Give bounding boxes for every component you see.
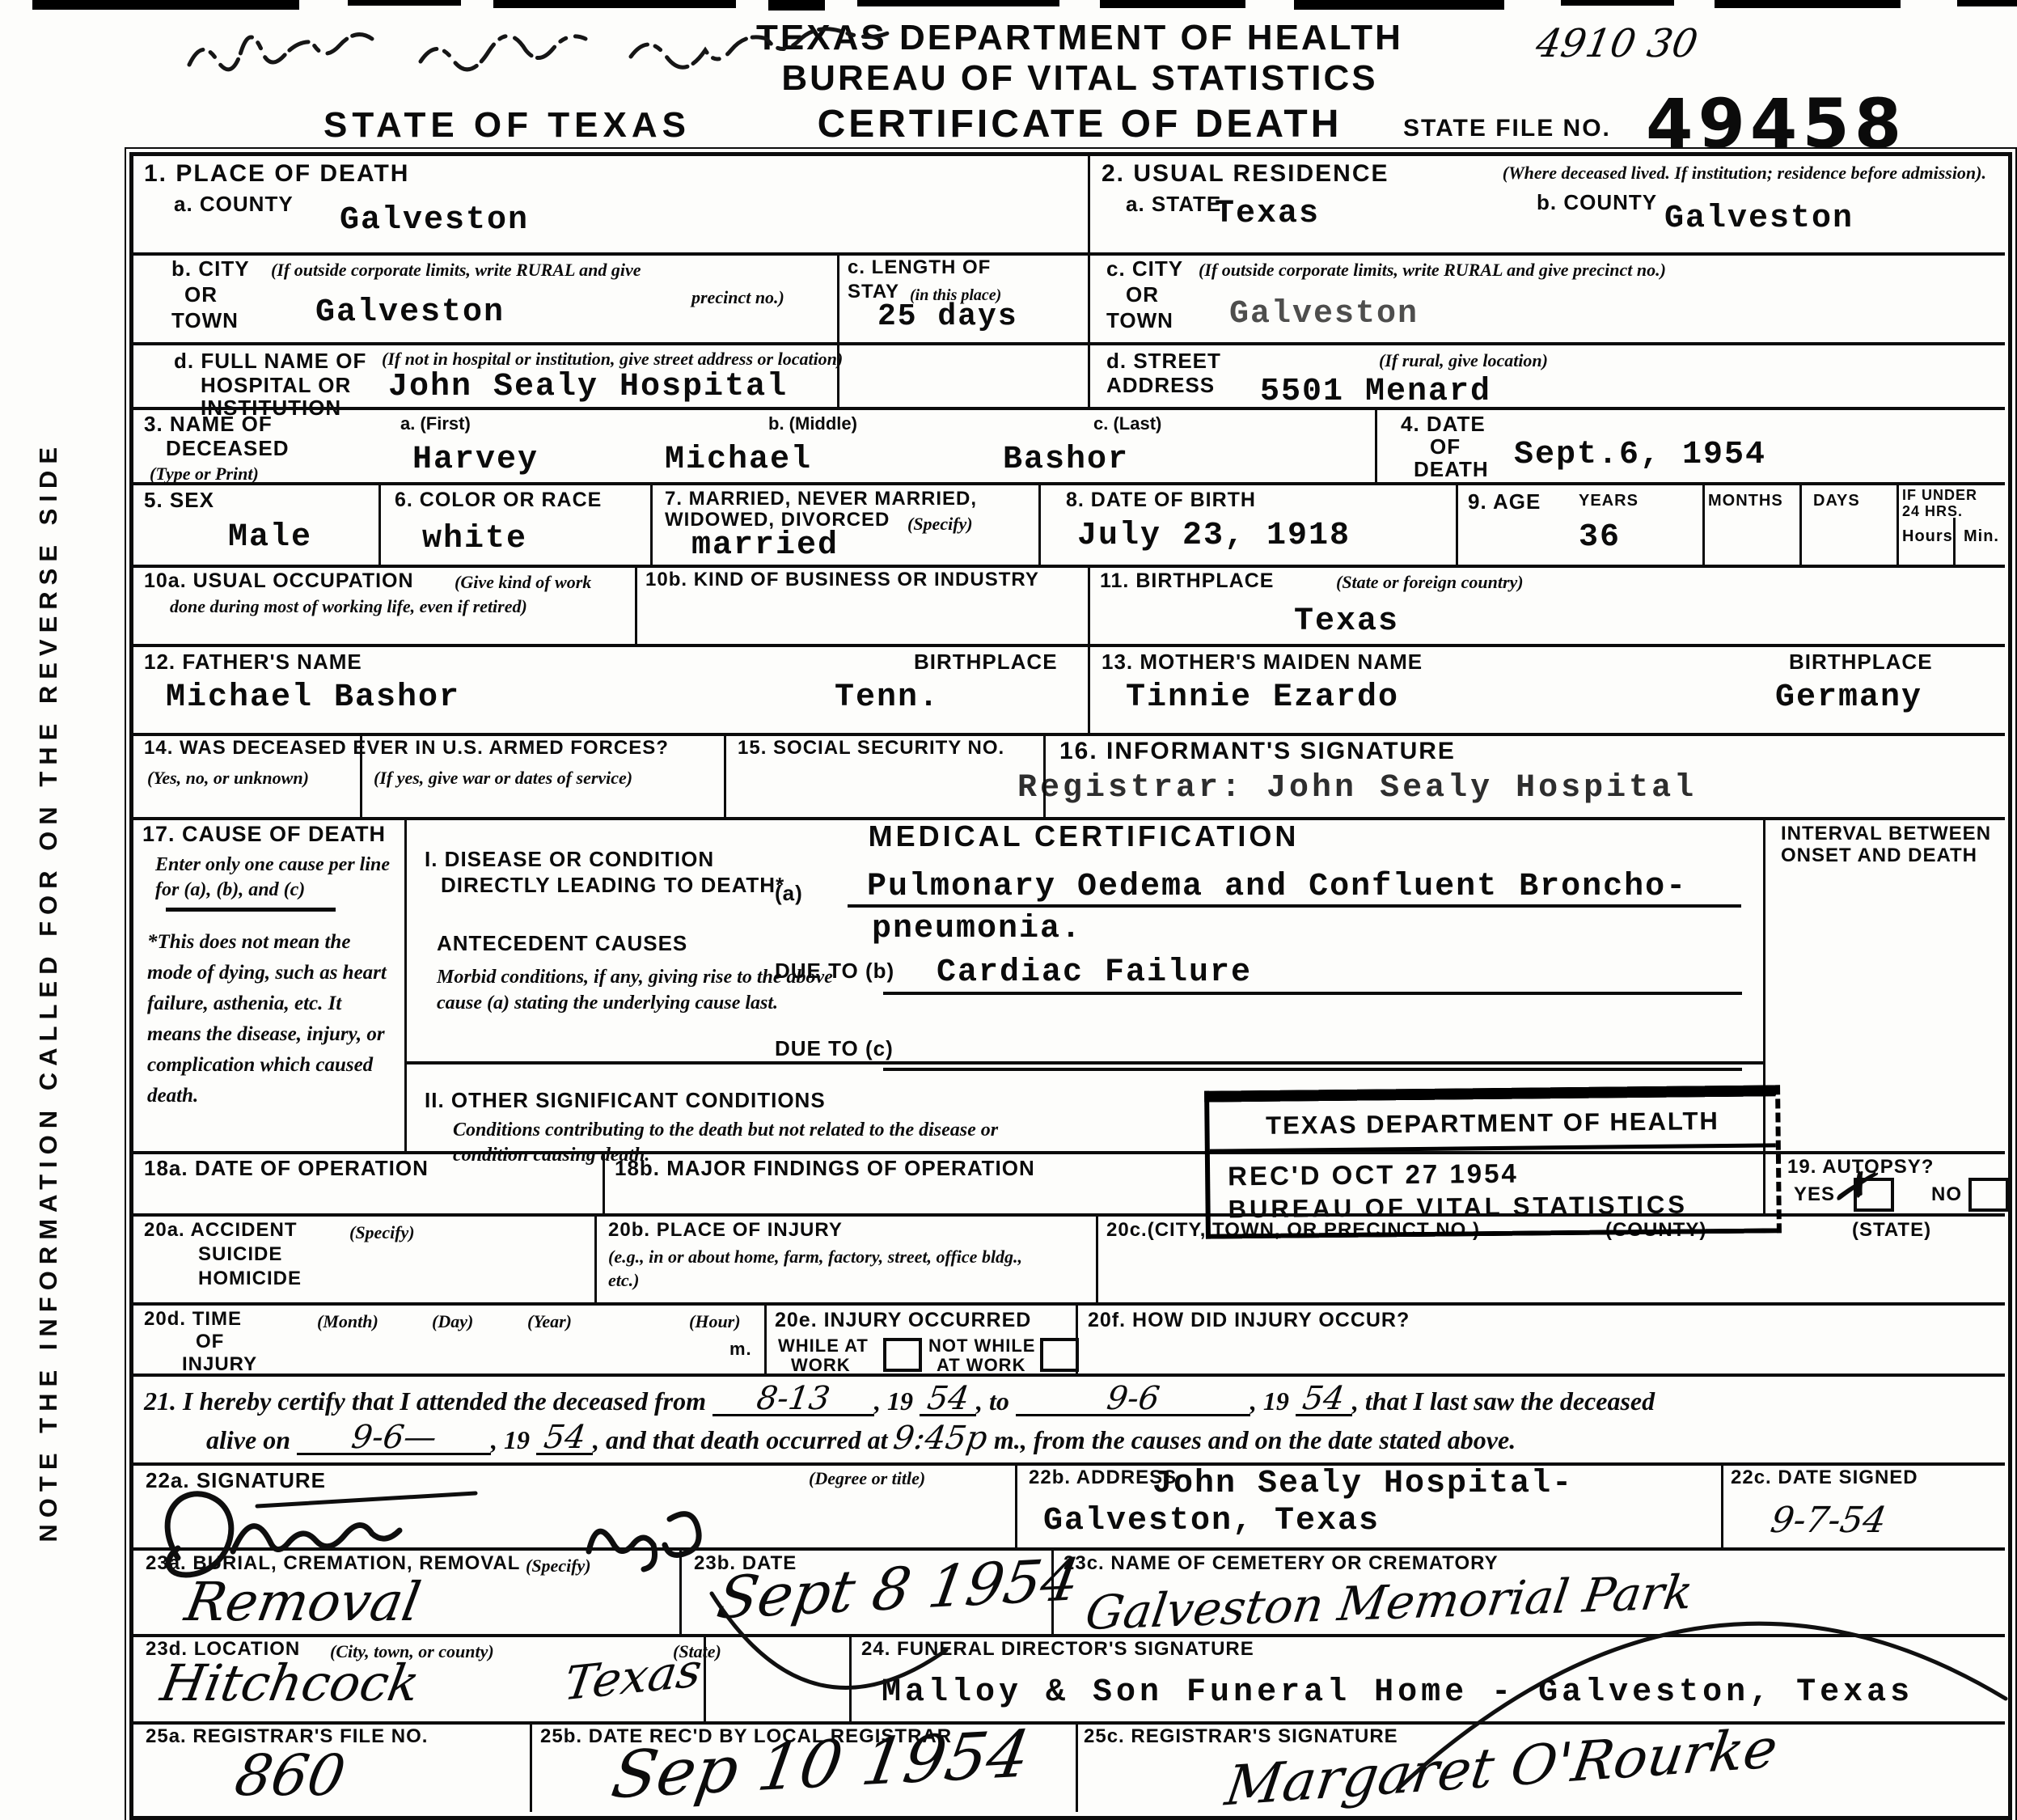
field-3-last-label: c. (Last)	[1093, 413, 1161, 436]
field-17b-value: Cardiac Failure	[937, 956, 1252, 990]
grid-line	[1088, 644, 1090, 733]
field-22c-label: 22c. DATE SIGNED	[1731, 1467, 1918, 1489]
field-2b-county-label: b. COUNTY	[1537, 191, 1657, 214]
grid-line	[1375, 407, 1377, 482]
grid-line	[132, 1462, 2005, 1466]
field-1c-stay-value: 25 days	[877, 301, 1018, 333]
state-file-no-value: 49458	[1646, 84, 1906, 163]
certify-fromyear-slot: 54	[920, 1385, 976, 1416]
field-20a-label3: HOMICIDE	[198, 1268, 302, 1290]
grid-line	[650, 482, 653, 565]
grid-line	[132, 1373, 2005, 1377]
field-9-months-label: MONTHS	[1708, 492, 1783, 510]
grid-line	[1015, 1462, 1017, 1547]
grid-line	[1896, 482, 1899, 565]
grid-line	[1702, 482, 1705, 565]
handwritten-file-code: 4910 30	[1533, 24, 1701, 63]
field-2d-street-note: (If rural, give location)	[1379, 349, 1548, 373]
field-10a-note1: (Give kind of work	[455, 571, 591, 595]
grid-line	[1799, 482, 1802, 565]
interval-onset-death-label: INTERVAL BETWEEN ONSET AND DEATH	[1781, 823, 1993, 867]
field-22c-value: 9-7-54	[1768, 1503, 1888, 1539]
grid-line	[132, 644, 2005, 647]
blank-line-b	[883, 992, 1742, 995]
injury-not-while-at-work-checkbox[interactable]	[1040, 1338, 1079, 1372]
grid-line	[530, 1721, 532, 1812]
autopsy-no-checkbox[interactable]	[1968, 1178, 2009, 1212]
field-23d-value: Hitchcock	[158, 1658, 424, 1708]
field-13-label: 13. MOTHER'S MAIDEN NAME	[1102, 650, 1423, 674]
grid-line	[166, 908, 336, 912]
field-20b-label: 20b. PLACE OF INJURY	[608, 1220, 843, 1242]
field-20a-label2: SUICIDE	[198, 1244, 282, 1266]
field-20d-month-label: (Month)	[317, 1310, 378, 1334]
grid-line	[132, 565, 2005, 568]
field-17a-value-line2: pneumonia.	[872, 912, 1082, 946]
field-3-title2: DECEASED	[166, 437, 289, 460]
field-23a-value: Removal	[181, 1576, 424, 1629]
field-6-label: 6. COLOR OR RACE	[395, 489, 602, 511]
field-4-label1: 4. DATE	[1401, 413, 1486, 436]
field-14-label: 14. WAS DECEASED EVER IN U.S. ARMED FORC…	[144, 738, 669, 760]
field-9-years-label: YEARS	[1579, 492, 1639, 510]
grid-line	[1096, 1213, 1098, 1302]
injury-while-at-work-checkbox[interactable]	[883, 1338, 922, 1372]
field-17-disease-label2: DIRECTLY LEADING TO DEATH*	[441, 874, 784, 897]
certify-tail2: , and that death occurred at	[593, 1425, 887, 1454]
field-2c-or-label: OR	[1126, 283, 1159, 307]
scan-artifact	[1957, 0, 2017, 6]
field-17-disease-label1: I. DISEASE OR CONDITION	[425, 848, 714, 871]
grid-line	[1076, 1721, 1078, 1812]
blank-line-c	[883, 1068, 1742, 1071]
grid-line	[132, 252, 2005, 256]
certify-n19b: , 19	[1250, 1386, 1289, 1416]
grid-line	[378, 482, 381, 565]
field-2a-state-label: a. STATE	[1126, 193, 1221, 216]
field-1d-hospital-label2: HOSPITAL OR	[201, 374, 351, 397]
field-7-label1: 7. MARRIED, NEVER MARRIED,	[665, 489, 977, 510]
field-20a-label1: 20a. ACCIDENT	[144, 1220, 297, 1242]
field-17-other-label: II. OTHER SIGNIFICANT CONDITIONS	[425, 1089, 826, 1112]
grid-line	[724, 733, 726, 817]
certify-tail3: m., from the causes and on the date stat…	[994, 1425, 1516, 1454]
certify-n19c: , 19	[491, 1425, 530, 1454]
certify-toyear-slot: 54	[1296, 1385, 1352, 1416]
document-title: CERTIFICATE OF DEATH	[760, 102, 1399, 146]
field-13-birthplace-label: BIRTHPLACE	[1789, 650, 1933, 674]
field-20d-label3: INJURY	[182, 1354, 257, 1376]
field-19-no-label: NO	[1931, 1184, 1962, 1206]
field-23a-note: (Specify)	[526, 1555, 591, 1578]
field-2-title-note: (Where deceased lived. If institution; r…	[1461, 162, 1986, 185]
grid-line	[849, 1634, 852, 1721]
field-8-label: 8. DATE OF BIRTH	[1066, 489, 1256, 511]
field-22a-label: 22a. SIGNATURE	[146, 1469, 326, 1492]
field-9-days-label: DAYS	[1813, 492, 1860, 510]
field-5-value: Male	[228, 521, 312, 555]
certify-tail1: , that I last saw the deceased	[1352, 1386, 1655, 1416]
certify-from-year: 54	[925, 1385, 970, 1412]
stamp-line1: TEXAS DEPARTMENT OF HEALTH	[1209, 1096, 1776, 1153]
field-17-note1: Enter only one cause per line for (a), (…	[155, 853, 398, 903]
agency-name-line1: TEXAS DEPARTMENT OF HEALTH	[732, 18, 1427, 58]
field-2c-city-value: Galveston	[1229, 298, 1419, 332]
grid-line	[837, 252, 839, 407]
scan-artifact	[768, 0, 825, 11]
certify-from-value: 8-13	[755, 1385, 832, 1412]
field-22b-value-line1: John Sealy Hospital-	[1152, 1467, 1573, 1501]
field-2d-street-value: 5501 Menard	[1260, 375, 1491, 409]
grid-line	[132, 733, 2005, 736]
field-20d-year-label: (Year)	[527, 1310, 572, 1334]
scan-artifact	[1561, 0, 1674, 6]
field-9-min-label: Min.	[1964, 527, 1999, 545]
certify-from-slot: 8-13	[713, 1385, 874, 1416]
stamp-line2: REC'D OCT 27 1954	[1210, 1147, 1776, 1193]
field-13-value: Tinnie Ezardo	[1126, 681, 1399, 715]
field-14-note1: (Yes, no, or unknown)	[147, 767, 309, 790]
field-1c-stay-label1: c. LENGTH OF	[848, 257, 991, 279]
state-file-no-label: STATE FILE NO.	[1403, 115, 1611, 142]
field-20d-day-label: (Day)	[432, 1310, 473, 1334]
field-11-label: 11. BIRTHPLACE	[1100, 569, 1274, 592]
field-2c-city-note: (If outside corporate limits, write RURA…	[1199, 259, 1666, 282]
field-1b-city-note: (If outside corporate limits, write RURA…	[271, 259, 641, 282]
field-1b-town-label: TOWN	[171, 309, 239, 332]
field-2c-city-label: c. CITY	[1106, 257, 1183, 281]
grid-line	[132, 342, 2005, 345]
field-1d-hospital-value: John Sealy Hospital	[388, 370, 788, 404]
field-24-label: 24. FUNERAL DIRECTOR'S SIGNATURE	[861, 1639, 1254, 1661]
certify-statement-line1: 21. I hereby certify that I attended the…	[144, 1385, 1655, 1416]
field-12-birthplace-label: BIRTHPLACE	[914, 650, 1058, 674]
field-1d-hospital-note: (If not in hospital or institution, give…	[382, 348, 843, 371]
field-20e-not2-label: AT WORK	[937, 1356, 1025, 1376]
grid-line	[1953, 518, 1956, 565]
field-10b-label: 10b. KIND OF BUSINESS OR INDUSTRY	[645, 569, 1039, 591]
field-20e-while2-label: WORK	[791, 1356, 851, 1376]
grid-line	[132, 1634, 2005, 1637]
field-20a-note: (Specify)	[349, 1221, 415, 1245]
grid-line	[132, 407, 2005, 410]
field-1b-city-note2: precinct no.)	[691, 286, 784, 310]
field-9-years-value: 36	[1579, 521, 1621, 555]
grid-line	[1088, 565, 1090, 644]
field-3-first-value: Harvey	[412, 443, 539, 477]
field-20e-not1-label: NOT WHILE	[928, 1336, 1035, 1357]
field-3-middle-value: Michael	[665, 443, 812, 477]
field-20e-while1-label: WHILE AT	[778, 1336, 869, 1357]
grid-line	[635, 565, 637, 644]
field-1b-city-value: Galveston	[315, 296, 505, 330]
field-9-under24-label: IF UNDER 24 HRS.	[1902, 487, 1999, 519]
certify-alive-slot: 9-6—	[297, 1424, 491, 1455]
grid-line	[679, 1547, 682, 1634]
grid-line	[404, 817, 407, 1151]
field-25c-label: 25c. REGISTRAR'S SIGNATURE	[1084, 1726, 1398, 1748]
certify-to-year: 54	[1301, 1385, 1347, 1412]
field-2b-county-value: Galveston	[1664, 202, 1854, 236]
scan-artifact	[1100, 0, 1245, 8]
field-23d-state-value: Texas	[561, 1647, 704, 1708]
field-5-label: 5. SEX	[144, 489, 214, 512]
certify-time-value: 9:45p	[892, 1424, 989, 1452]
field-7-value: married	[691, 529, 839, 563]
field-17-note2: *This does not mean the mode of dying, s…	[147, 927, 400, 1111]
field-12-birthplace-value: Tenn.	[835, 681, 940, 715]
field-10a-label: 10a. USUAL OCCUPATION	[144, 569, 414, 592]
field-23c-label: 23c. NAME OF CEMETERY OR CREMATORY	[1063, 1553, 1499, 1575]
field-20d-m-label: m.	[729, 1340, 752, 1360]
certify-to-value: 9-6	[1105, 1385, 1161, 1412]
field-9-label: 9. AGE	[1468, 490, 1541, 514]
field-17-antecedent-label: ANTECEDENT CAUSES	[437, 932, 687, 955]
field-18b-label: 18b. MAJOR FINDINGS OF OPERATION	[615, 1157, 1035, 1180]
field-22b-value-line2: Galveston, Texas	[1043, 1505, 1380, 1539]
field-24-value: Malloy & Son Funeral Home - Galveston, T…	[882, 1676, 1913, 1710]
field-17a-value-line1: Pulmonary Oedema and Confluent Broncho-	[867, 870, 1687, 904]
certify-aliveyear-slot: 54	[536, 1424, 593, 1455]
field-10a-note2: done during most of working life, even i…	[170, 595, 527, 619]
field-11-note: (State or foreign country)	[1336, 571, 1524, 595]
scan-artifact	[493, 0, 736, 8]
field-7-note: (Specify)	[907, 513, 973, 536]
field-1d-hospital-label1: d. FULL NAME OF	[174, 349, 366, 373]
field-3-last-value: Bashor	[1003, 443, 1129, 477]
grid-line	[764, 1302, 767, 1373]
certify-to-slot: 9-6	[1016, 1385, 1250, 1416]
field-1a-county-value: Galveston	[340, 204, 529, 238]
scan-artifact	[32, 0, 299, 10]
field-25a-value: 860	[231, 1747, 349, 1804]
grid-line	[132, 482, 2005, 485]
scan-artifact	[1294, 0, 1504, 10]
field-2a-state-value: Texas	[1215, 197, 1320, 231]
field-20d-hour-label: (Hour)	[689, 1310, 741, 1334]
field-17b-label: DUE TO (b)	[775, 959, 894, 983]
field-20e-label: 20e. INJURY OCCURRED	[775, 1309, 1031, 1331]
field-4-label2: OF	[1430, 435, 1461, 459]
field-11-value: Texas	[1294, 605, 1399, 639]
field-16-label: 16. INFORMANT'S SIGNATURE	[1059, 738, 1456, 765]
scan-artifact	[348, 0, 461, 6]
stamp-line3: BUREAU OF VITAL STATISTICS	[1210, 1187, 1776, 1234]
field-6-value: white	[422, 523, 527, 557]
certify-to-word: , to	[976, 1386, 1009, 1416]
field-9-hours-label: Hours	[1902, 527, 1953, 545]
field-2-title: 2. USUAL RESIDENCE	[1102, 160, 1389, 188]
grid-line	[1088, 154, 1090, 407]
field-17a-tag: (a)	[775, 882, 803, 905]
field-23b-value: Sept 8 1954	[713, 1550, 1084, 1627]
received-stamp: TEXAS DEPARTMENT OF HEALTH REC'D OCT 27 …	[1204, 1085, 1782, 1238]
certify-alive-value: 9-6—	[349, 1424, 438, 1451]
certify-alive-year: 54	[542, 1424, 587, 1451]
field-1b-city-label: b. CITY	[171, 257, 250, 281]
field-3-first-label: a. (First)	[400, 413, 471, 436]
certify-lead: 21. I hereby certify that I attended the…	[144, 1386, 706, 1416]
reverse-side-note: NOTE THE INFORMATION CALLED FOR ON THE R…	[34, 441, 63, 1543]
agency-name-line2: BUREAU OF VITAL STATISTICS	[732, 58, 1427, 99]
field-12-label: 12. FATHER'S NAME	[144, 650, 362, 674]
field-20d-label2: OF	[196, 1331, 224, 1353]
field-4-value: Sept.6, 1954	[1514, 438, 1766, 472]
grid-line	[1721, 1462, 1723, 1547]
field-20c-state-label: (STATE)	[1852, 1220, 1931, 1242]
state-title: STATE OF TEXAS	[323, 105, 691, 146]
field-3-middle-label: b. (Middle)	[768, 413, 857, 436]
grid-line	[404, 1061, 1763, 1064]
field-13-birthplace-value: Germany	[1775, 681, 1922, 715]
field-8-value: July 23, 1918	[1077, 519, 1351, 553]
certify-statement-line2: alive on 9-6—, 19 54, and that death occ…	[206, 1424, 1516, 1455]
field-20f-label: 20f. HOW DID INJURY OCCUR?	[1088, 1309, 1410, 1331]
field-1-title: 1. PLACE OF DEATH	[144, 160, 409, 188]
field-3-title-note: (Type or Print)	[150, 463, 259, 486]
field-4-label3: DEATH	[1414, 458, 1489, 481]
field-15-label: 15. SOCIAL SECURITY NO.	[738, 738, 1004, 760]
scan-artifact	[1715, 0, 1901, 8]
death-certificate-page: NOTE THE INFORMATION CALLED FOR ON THE R…	[0, 0, 2017, 1820]
field-20d-label1: 20d. TIME	[144, 1309, 242, 1331]
field-14-note2: (If yes, give war or dates of service)	[374, 767, 632, 790]
field-17c-label: DUE TO (c)	[775, 1037, 894, 1060]
field-3-title1: 3. NAME OF	[144, 413, 273, 436]
field-1a-county-label: a. COUNTY	[174, 193, 294, 216]
field-22a-degree-note: (Degree or title)	[809, 1467, 925, 1491]
field-1b-or-label: OR	[184, 283, 218, 307]
field-2d-street-label1: d. STREET	[1106, 349, 1221, 373]
field-18a-label: 18a. DATE OF OPERATION	[144, 1157, 429, 1180]
field-2c-town-label: TOWN	[1106, 309, 1173, 332]
field-17-label: 17. CAUSE OF DEATH	[142, 822, 386, 846]
grid-line	[1456, 482, 1458, 565]
grid-line	[132, 1302, 2005, 1306]
field-12-value: Michael Bashor	[166, 681, 460, 715]
certify-n19a: , 19	[874, 1386, 913, 1416]
certify-alive-word: alive on	[206, 1425, 290, 1454]
grid-line	[1038, 482, 1041, 565]
field-2d-street-label2: ADDRESS	[1106, 374, 1215, 397]
grid-line	[594, 1213, 597, 1302]
field-20b-note: (e.g., in or about home, farm, factory, …	[608, 1246, 1045, 1292]
scan-artifact	[857, 0, 1059, 6]
field-16-value: Registrar: John Sealy Hospital	[1017, 772, 1697, 806]
